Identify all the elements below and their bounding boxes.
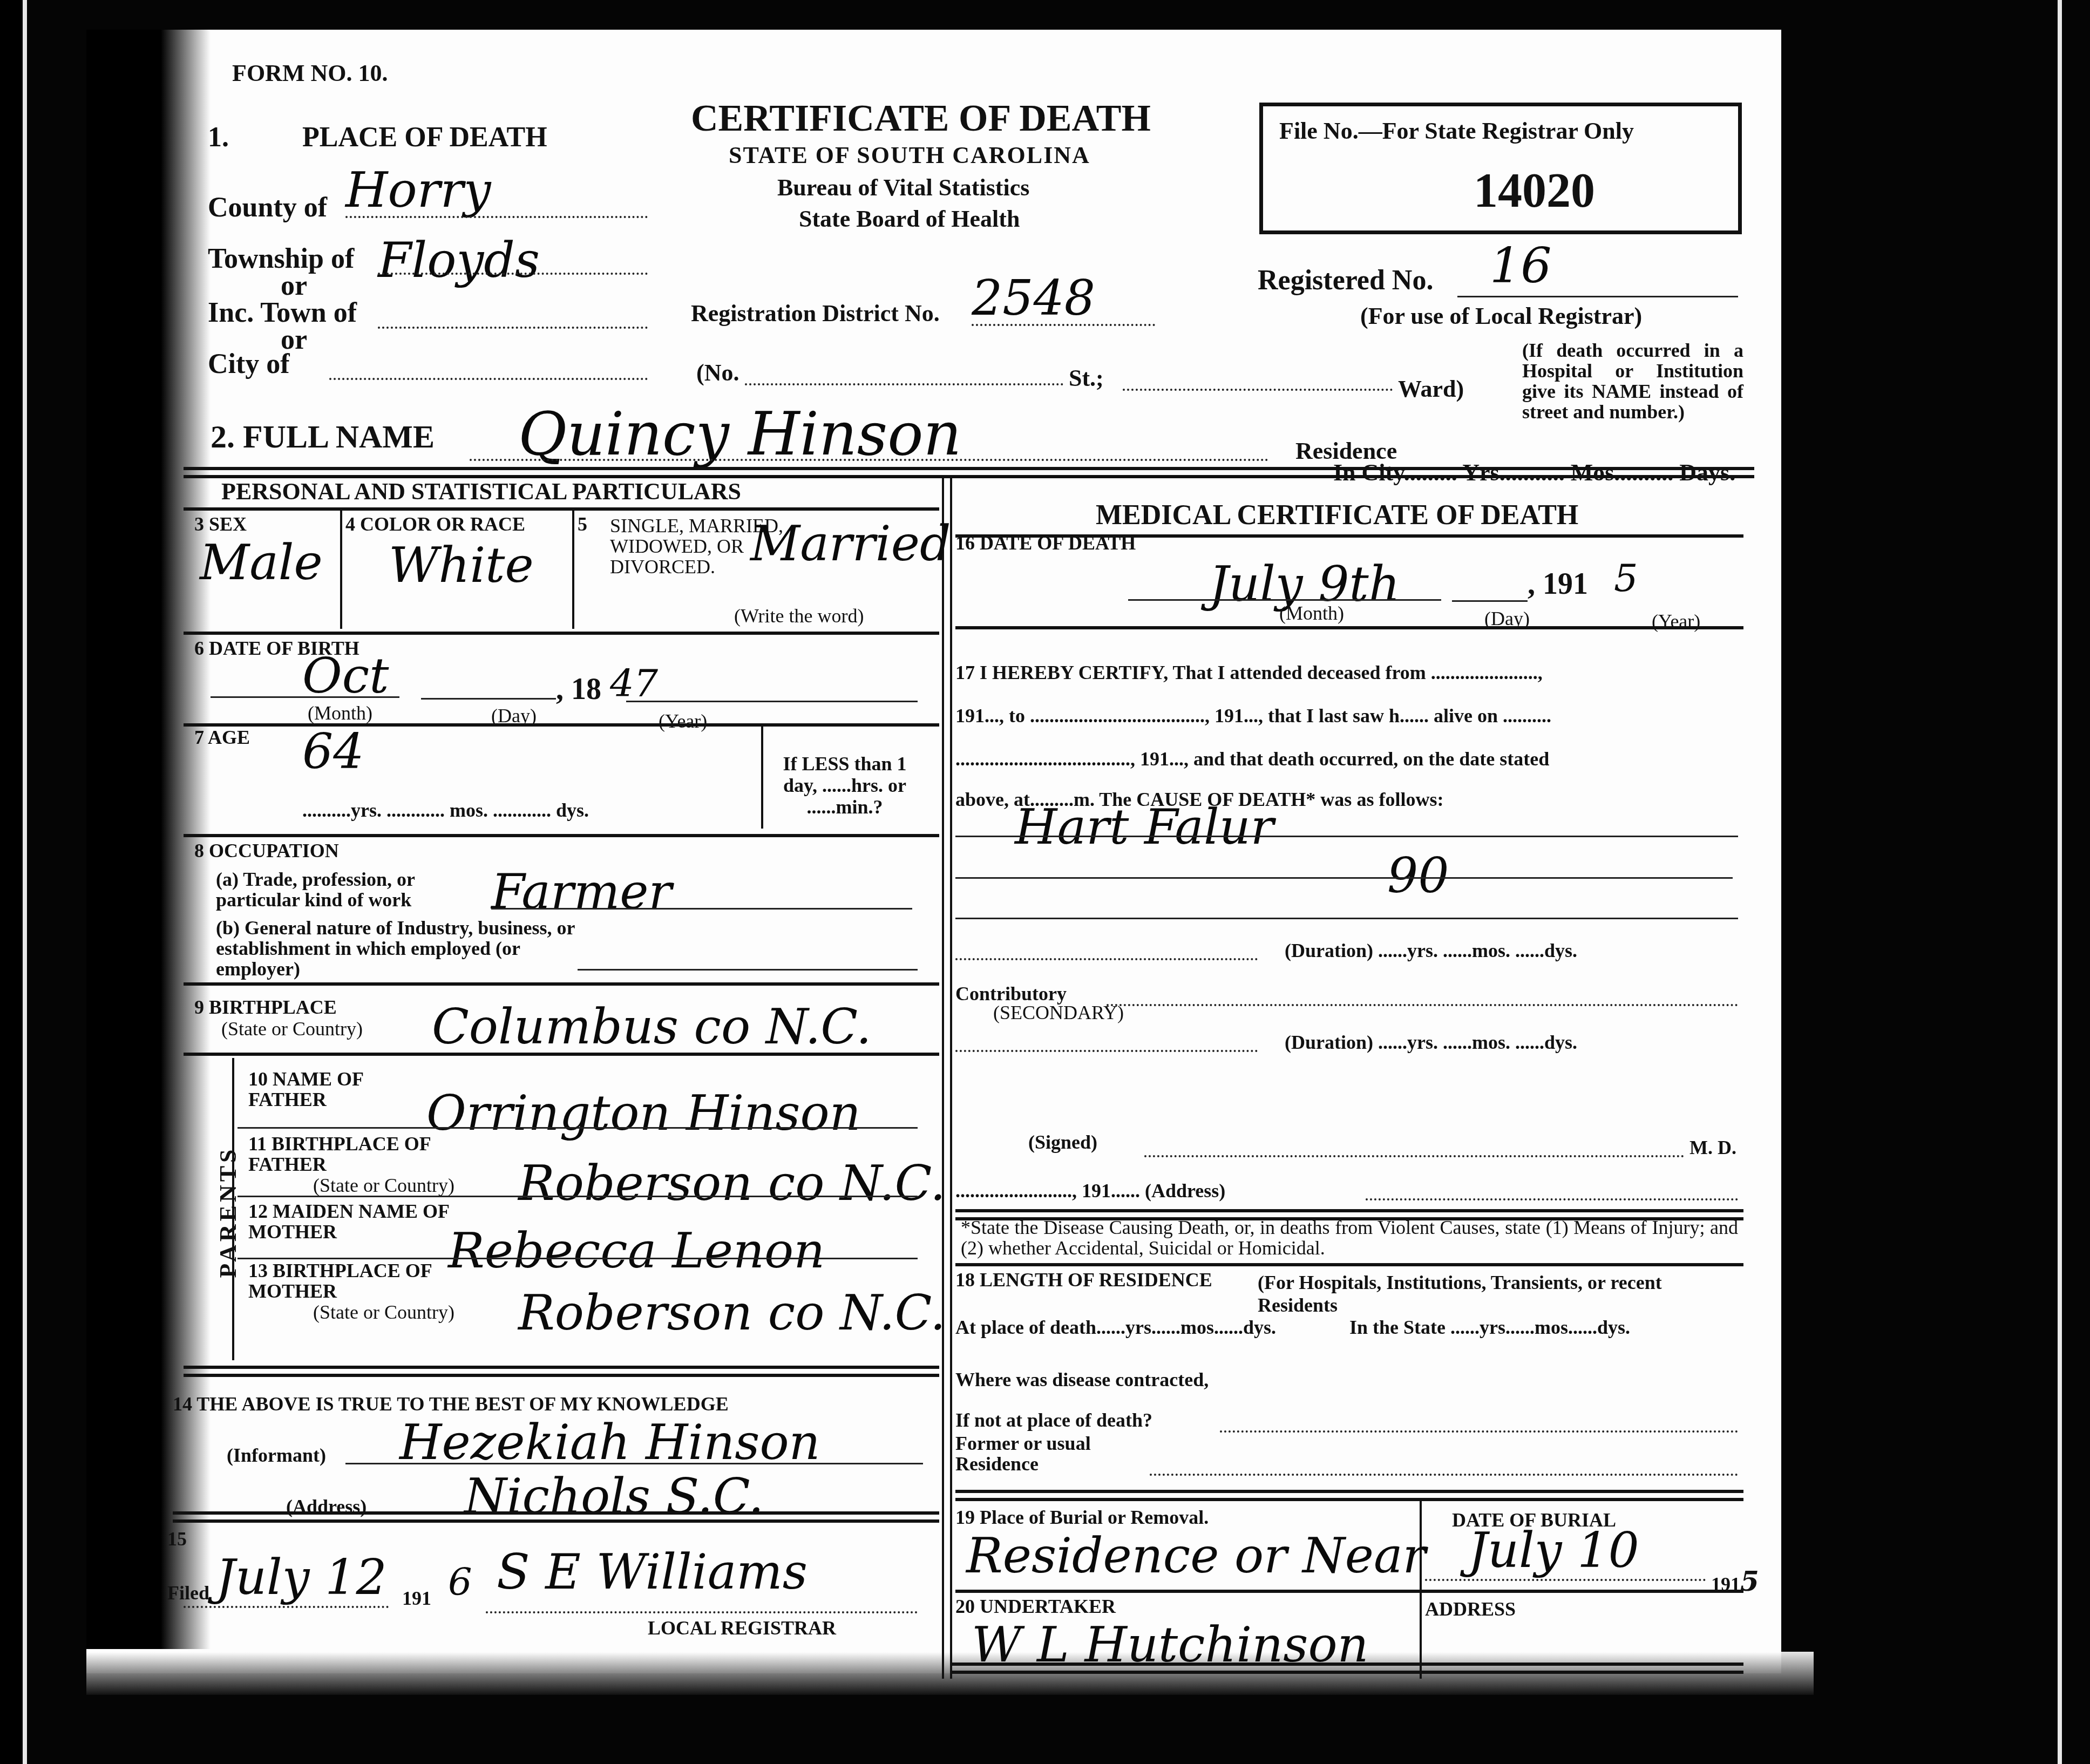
dod-month-line <box>1128 599 1441 601</box>
dob-year-line <box>626 701 918 702</box>
filed-number: 15 <box>167 1528 187 1550</box>
age-value: 64 <box>302 723 364 780</box>
residence-in-city: In City......... Yrs........... Mos.....… <box>1333 459 1735 486</box>
age-label: 7 AGE <box>194 726 250 749</box>
duration-label: (Duration) <box>1285 940 1373 961</box>
certificate-title: CERTIFICATE OF DEATH <box>691 97 1151 140</box>
registrar-signature: S E Williams <box>497 1544 807 1600</box>
dod-year-prefix: , 191 <box>1528 567 1588 601</box>
filed-year-value: 6 <box>448 1560 472 1604</box>
reg-district-line <box>972 324 1155 326</box>
parents-divider <box>184 1366 939 1369</box>
county-label: County of <box>208 192 327 223</box>
if-less-note: If LESS than 1 day, ......hrs. or ......… <box>772 753 918 818</box>
informant-label: (Informant) <box>227 1444 326 1467</box>
dod-label: 16 DATE OF DEATH <box>955 532 1136 554</box>
sex-value: Male <box>200 534 323 591</box>
city-label: City of <box>208 348 290 380</box>
city-line <box>329 378 648 380</box>
reg-district-value: 2548 <box>972 270 1095 327</box>
certify-line-2: 191..., to .............................… <box>955 704 1551 727</box>
informant-address-value: Nichols S.C. <box>464 1468 764 1525</box>
race-value: White <box>389 537 534 594</box>
registrar-label: LOCAL REGISTRAR <box>648 1617 836 1639</box>
dod-divider <box>955 626 1743 629</box>
birthplace-sub: (State or Country) <box>221 1017 363 1040</box>
cause-of-death-value: Hart Falur <box>1015 799 1274 856</box>
film-frame-left <box>0 0 23 1764</box>
occupation-line <box>491 908 912 910</box>
burial-place-label: 19 Place of Burial or Removal. <box>955 1506 1209 1529</box>
burial-date-line <box>1425 1579 1706 1581</box>
mother-birthplace-label: 13 BIRTHPLACE OF MOTHER <box>248 1260 443 1301</box>
father-name-value: Orrington Hinson <box>426 1085 861 1142</box>
state-name: STATE OF SOUTH CAROLINA <box>729 141 1090 169</box>
mother-line <box>237 1258 918 1259</box>
registrar-line <box>486 1611 918 1613</box>
file-number-label: File No.—For State Registrar Only <box>1279 117 1634 145</box>
dod-year-value: 5 <box>1614 556 1638 600</box>
dob-year-prefix: , 18 <box>556 672 601 707</box>
physician-address-line: ........................, 191...... (Add… <box>955 1179 1225 1202</box>
file-number-box: File No.—For State Registrar Only 14020 <box>1259 103 1742 234</box>
cause-line-2 <box>955 877 1733 879</box>
mother-birthplace-sub: (State or Country) <box>313 1301 454 1324</box>
form-number: FORM NO. 10. <box>232 59 388 87</box>
section-1-number: 1. <box>208 121 229 153</box>
residence-length-title: 18 LENGTH OF RESIDENCE <box>955 1268 1212 1291</box>
in-city-label: In City <box>1333 459 1404 486</box>
registered-label: Registered No. <box>1258 264 1433 296</box>
informant-divider <box>173 1511 939 1515</box>
marital-num: 5 <box>578 513 587 535</box>
if-not-line <box>1220 1430 1738 1433</box>
former-residence: Former or usual Residence <box>955 1433 1128 1474</box>
race-divider <box>572 510 574 629</box>
column-divider-2 <box>950 475 952 1679</box>
marital-value: Married <box>750 515 951 572</box>
yrs-label: Yrs. <box>1462 459 1505 486</box>
residence-at-place: At place of death......yrs......mos.....… <box>955 1317 1306 1338</box>
personal-divider-5 <box>184 982 939 986</box>
full-name-label: 2. FULL NAME <box>211 418 435 456</box>
residence-in-state: In the State ......yrs......mos......dys… <box>1349 1317 1749 1338</box>
personal-title: PERSONAL AND STATISTICAL PARTICULARS <box>221 478 741 505</box>
filed-year-prefix: 191 <box>402 1587 431 1610</box>
md-label: M. D. <box>1689 1136 1736 1159</box>
burial-date-value: July 10 <box>1468 1522 1639 1579</box>
race-label: 4 COLOR OR RACE <box>345 513 525 535</box>
secondary-label: (SECONDARY) <box>993 1001 1124 1024</box>
street-label: St.; <box>1069 364 1104 392</box>
medical-title: MEDICAL CERTIFICATE OF DEATH <box>1096 499 1578 531</box>
file-number-value: 14020 <box>1474 163 1595 219</box>
year-caption: (Year) <box>659 710 707 732</box>
mother-name-value: Rebecca Lenon <box>448 1223 825 1279</box>
father-line <box>237 1127 918 1129</box>
hospital-note: (If death occurred in a Hospital or Inst… <box>1522 340 1743 422</box>
place-of-death-title: PLACE OF DEATH <box>302 121 547 153</box>
occupation-label: 8 OCCUPATION <box>194 839 339 862</box>
filed-date-value: July 12 <box>216 1549 387 1606</box>
undertaker-address-label: ADDRESS <box>1425 1598 1516 1620</box>
age-divider <box>761 726 763 829</box>
full-name-value: Quincy Hinson <box>518 399 961 469</box>
full-name-line <box>470 459 1268 461</box>
sex-label: 3 SEX <box>194 513 247 535</box>
mother-birthplace-value: Roberson co N.C. <box>518 1285 946 1341</box>
cause-code: 90 <box>1387 847 1449 904</box>
street-no-label: (No. <box>696 359 739 386</box>
township-value: Floyds <box>378 232 540 289</box>
duration-label-1: (Duration) ......yrs. ......mos. ......d… <box>1285 939 1577 962</box>
sex-divider <box>340 510 342 629</box>
signed-label: (Signed) <box>1028 1131 1097 1154</box>
industry-line <box>578 969 918 971</box>
mos-label: Mos. <box>1571 459 1620 486</box>
burial-place-value: Residence or Near <box>966 1528 1426 1584</box>
registered-note: (For use of Local Registrar) <box>1360 302 1642 330</box>
bureau-name: Bureau of Vital Statistics <box>777 174 1029 201</box>
personal-divider-2 <box>184 632 939 635</box>
dod-day-line <box>1452 600 1528 602</box>
medical-divider-2 <box>955 1209 1743 1212</box>
bottom-rule <box>950 1663 1743 1666</box>
street-no-line <box>745 383 1063 385</box>
contributory-line <box>1107 1004 1738 1006</box>
medical-divider-4 <box>955 1263 1743 1266</box>
age-units-text: yrs. ............ mos. ............ dys. <box>351 799 589 821</box>
residence-divider-2 <box>955 1498 1743 1501</box>
birthplace-label: 9 BIRTHPLACE <box>194 996 337 1019</box>
residence-divider <box>955 1490 1743 1493</box>
dob-day-line <box>421 698 556 700</box>
bottom-rule-2 <box>950 1671 1743 1674</box>
where-contracted: Where was disease contracted, <box>955 1368 1209 1391</box>
duration-units: ......yrs. ......mos. ......dys. <box>1378 1032 1577 1053</box>
township-line <box>378 273 648 275</box>
county-line <box>345 216 648 218</box>
duration-label: (Duration) <box>1285 1032 1373 1053</box>
burial-divider-h <box>955 1590 1743 1593</box>
duration-units: ......yrs. ......mos. ......dys. <box>1378 940 1577 961</box>
father-birthplace-value: Roberson co N.C. <box>518 1155 946 1212</box>
occupation-value: Farmer <box>491 864 672 920</box>
undertaker-label: 20 UNDERTAKER <box>955 1595 1116 1618</box>
county-value: Horry <box>345 162 491 219</box>
filed-date-line <box>184 1606 389 1608</box>
occupation-a-label: (a) Trade, profession, or particular kin… <box>216 869 497 910</box>
cause-footnote: *State the Disease Causing Death, or, in… <box>961 1217 1738 1258</box>
personal-divider <box>184 507 939 511</box>
informant-line <box>345 1463 923 1464</box>
duration-line-2 <box>955 1050 1258 1052</box>
informant-statement: 14 THE ABOVE IS TRUE TO THE BEST OF MY K… <box>173 1393 729 1415</box>
former-residence-line <box>1150 1474 1738 1476</box>
certify-line-3: ...................................., 19… <box>955 748 1549 770</box>
father-birthplace-label: 11 BIRTHPLACE OF FATHER <box>248 1134 443 1175</box>
father-birthplace-sub: (State or Country) <box>313 1174 454 1197</box>
personal-divider-6 <box>184 1053 939 1056</box>
cause-line-3 <box>955 918 1738 919</box>
signed-line <box>1144 1155 1684 1157</box>
father-name-label: 10 NAME OF FATHER <box>248 1069 421 1110</box>
cause-line-1 <box>955 836 1738 837</box>
duration-label-2: (Duration) ......yrs. ......mos. ......d… <box>1285 1031 1577 1054</box>
dob-month-line <box>211 696 399 698</box>
film-border-right <box>2058 0 2062 1764</box>
mother-name-label: 12 MAIDEN NAME OF MOTHER <box>248 1201 475 1242</box>
age-units: ..........yrs. ............ mos. .......… <box>302 799 589 822</box>
month-caption: (Month) <box>308 702 372 724</box>
occupation-b-label: (b) General nature of Industry, business… <box>216 918 594 979</box>
film-border-left <box>23 0 27 1764</box>
dob-year-value: 47 <box>610 661 658 705</box>
registered-value: 16 <box>1490 238 1552 294</box>
residence-length-note: (For Hospitals, Institutions, Transients… <box>1258 1271 1743 1317</box>
birthplace-value: Columbus co N.C. <box>432 999 872 1055</box>
inc-town-line <box>378 327 648 329</box>
column-divider <box>942 475 944 1679</box>
certify-line-1: 17 I HEREBY CERTIFY, That I attended dec… <box>955 661 1543 684</box>
personal-divider-3 <box>184 723 939 727</box>
days-label: Days. <box>1679 459 1735 486</box>
marital-note: (Write the word) <box>734 605 864 627</box>
personal-divider-4 <box>184 834 939 837</box>
physician-address-dots <box>1366 1198 1738 1200</box>
divider-top <box>184 467 1754 470</box>
board-name: State Board of Health <box>799 205 1020 233</box>
if-not-at-place: If not at place of death? <box>955 1409 1152 1431</box>
duration-line-1 <box>955 958 1258 960</box>
father-birthplace-line <box>237 1196 918 1197</box>
filed-label: Filed <box>167 1582 209 1604</box>
dod-month-caption: (Month) <box>1279 602 1344 625</box>
reg-district-label: Registration District No. <box>691 300 940 327</box>
ward-label: Ward) <box>1398 375 1464 403</box>
informant-divider-2 <box>173 1519 939 1523</box>
registered-line <box>1457 296 1738 297</box>
parents-divider-2 <box>184 1374 939 1377</box>
street-line <box>1123 389 1393 391</box>
